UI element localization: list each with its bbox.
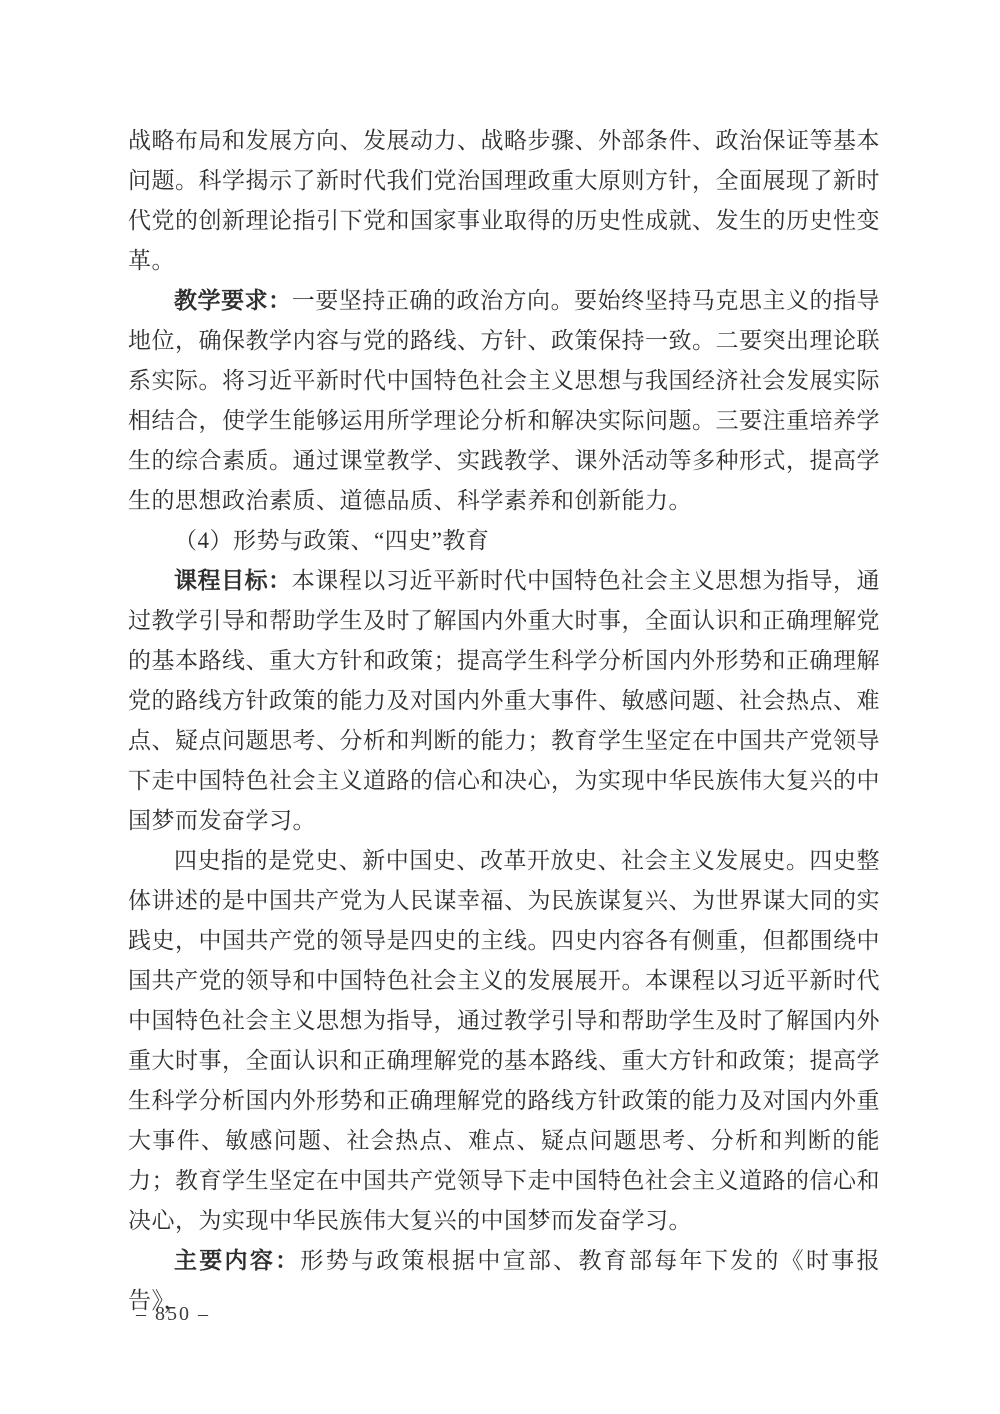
document-page: 战略布局和发展方向、发展动力、战略步骤、外部条件、政治保证等基本问题。科学揭示了… [0,0,1000,1414]
page-number: – 850 – [136,1300,210,1328]
paragraph-course-objectives: 课程目标：本课程以习近平新时代中国特色社会主义思想为指导，通过教学引导和帮助学生… [128,561,880,841]
course-objectives-text: 本课程以习近平新时代中国特色社会主义思想为指导，通过教学引导和帮助学生及时了解国… [128,568,880,833]
paragraph-four-histories: 四史指的是党史、新中国史、改革开放史、社会主义发展史。四史整体讲述的是中国共产党… [128,841,880,1241]
section-heading-item4: （4）形势与政策、“四史”教育 [128,521,880,561]
paragraph-main-content: 主要内容：形势与政策根据中宣部、教育部每年下发的《时事报告》， [128,1241,880,1321]
teaching-requirements-label: 教学要求： [174,288,292,313]
teaching-requirements-text: 一要坚持正确的政治方向。要始终坚持马克思主义的指导地位，确保教学内容与党的路线、… [128,288,880,513]
main-content-label: 主要内容： [174,1248,300,1273]
course-objectives-label: 课程目标： [174,568,292,593]
section-heading-item4-text: （4）形势与政策、“四史”教育 [174,528,489,553]
paragraph-continuation: 战略布局和发展方向、发展动力、战略步骤、外部条件、政治保证等基本问题。科学揭示了… [128,121,880,281]
paragraph-teaching-requirements: 教学要求：一要坚持正确的政治方向。要始终坚持马克思主义的指导地位，确保教学内容与… [128,281,880,521]
document-body: 战略布局和发展方向、发展动力、战略步骤、外部条件、政治保证等基本问题。科学揭示了… [128,121,880,1321]
paragraph-continuation-text: 战略布局和发展方向、发展动力、战略步骤、外部条件、政治保证等基本问题。科学揭示了… [128,128,880,273]
paragraph-four-histories-text: 四史指的是党史、新中国史、改革开放史、社会主义发展史。四史整体讲述的是中国共产党… [128,848,880,1233]
